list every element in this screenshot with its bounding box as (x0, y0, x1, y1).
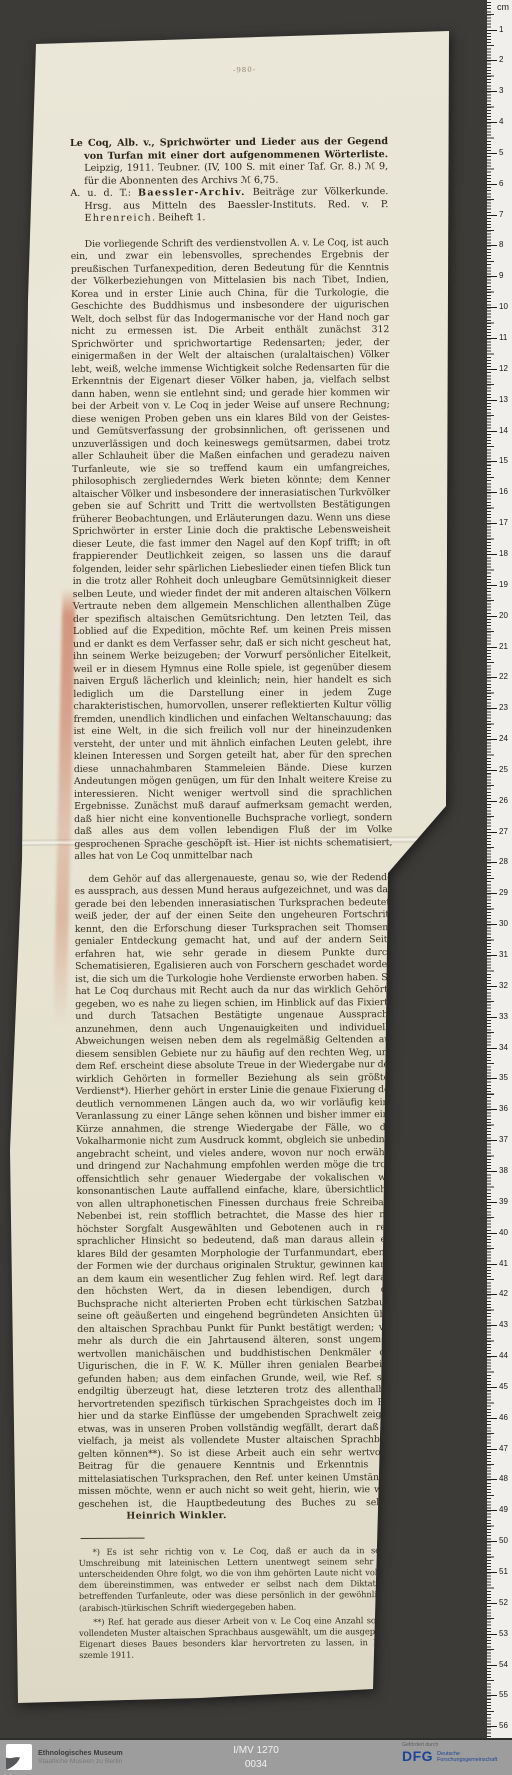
ruler-cm-tick (487, 862, 497, 863)
ruler-cm-number: 2 (499, 55, 512, 64)
review-paragraph-2: dem Gehör auf das allergenaueste, genau … (74, 872, 396, 1524)
ruler-cm-number: 18 (499, 549, 512, 558)
ruler-cm-number: 50 (499, 1536, 512, 1545)
ruler-cm-tick (487, 1233, 497, 1234)
document-page-wrap: -980- Le Coq, Alb. v., Sprichwörter und … (0, 0, 512, 1775)
museum-subtitle: Staatliche Museen zu Berlin (38, 1757, 123, 1766)
ruler-cm-tick (487, 801, 497, 802)
ruler-cm-number: 40 (499, 1228, 512, 1237)
ruler-cm-number: 14 (499, 426, 512, 435)
ruler-cm-number: 26 (499, 796, 512, 805)
ruler-unit-label: cm (497, 2, 509, 12)
ruler-cm-tick (487, 770, 497, 771)
ruler-cm: cm 1234567891011121314151617181920212223… (487, 0, 512, 1740)
ruler-cm-tick (487, 184, 497, 185)
ruler-cm-tick (487, 1325, 497, 1326)
sheet-number: 0034 (233, 1758, 279, 1772)
ruler-cm-number: 3 (499, 86, 512, 95)
ruler-cm-number: 8 (499, 240, 512, 249)
ruler-cm-number: 46 (499, 1413, 512, 1422)
ruler-cm-number: 11 (499, 333, 512, 342)
ruler-cm-number: 48 (499, 1474, 512, 1483)
ruler-cm-tick (487, 153, 497, 154)
scan-viewport: -980- Le Coq, Alb. v., Sprichwörter und … (0, 0, 512, 1775)
ruler-cm-number: 55 (499, 1690, 512, 1699)
museum-name: Ethnologisches Museum (38, 1748, 123, 1757)
ruler-cm-tick (487, 245, 497, 246)
ruler-cm-number: 16 (499, 487, 512, 496)
series-prefix: A. u. d. T.: (70, 188, 138, 199)
ruler-cm-tick (487, 30, 497, 31)
ruler-cm-tick (487, 215, 497, 216)
ruler-cm-tick (487, 492, 497, 493)
review-paragraph-2-text: dem Gehör auf das allergenaueste, genau … (75, 872, 397, 1510)
ruler-cm-tick (487, 647, 497, 648)
ruler-cm-number: 10 (499, 302, 512, 311)
ruler-cm-number: 29 (499, 888, 512, 897)
dfg-full-name: Deutsche Forschungsgemeinschaft (437, 1749, 497, 1764)
ruler-cm-tick (487, 461, 497, 462)
ruler-cm-number: 24 (499, 734, 512, 743)
ruler-cm-number: 38 (499, 1166, 512, 1175)
dfg-funding-block: Gefördert durch DFG Deutsche Forschungsg… (402, 1742, 502, 1764)
citation-imprint: Leipzig, 1911. Teubner. (IV, 100 S. mit … (84, 161, 388, 186)
museum-wave-icon (6, 1744, 32, 1770)
dfg-logo: DFG Deutsche Forschungsgemeinschaft (402, 1749, 502, 1764)
ruler-cm-tick (487, 1634, 497, 1635)
ruler-cm-tick (487, 1479, 497, 1480)
ruler-cm-tick (487, 1695, 497, 1696)
ruler-cm-number: 13 (499, 395, 512, 404)
ruler-cm-tick (487, 276, 497, 277)
ruler-cm-tick (487, 1572, 497, 1573)
document-page: -980- Le Coq, Alb. v., Sprichwörter und … (0, 0, 512, 1775)
ruler-cm-number: 30 (499, 919, 512, 928)
footer-bar: Ethnologisches Museum Staatliche Museen … (0, 1738, 512, 1775)
ruler-cm-number: 7 (499, 210, 512, 219)
ruler-cm-tick (487, 585, 497, 586)
ruler-cm-tick (487, 554, 497, 555)
ruler-cm-number: 49 (499, 1505, 512, 1514)
ruler-cm-number: 42 (499, 1289, 512, 1298)
ruler-cm-number: 21 (499, 642, 512, 651)
ruler-cm-number: 22 (499, 672, 512, 681)
ruler-cm-tick (487, 1109, 497, 1110)
museum-labels: Ethnologisches Museum Staatliche Museen … (38, 1748, 123, 1766)
ruler-cm-tick (487, 1387, 497, 1388)
ruler-cm-tick (487, 1078, 497, 1079)
ruler-cm-tick (487, 1418, 497, 1419)
ruler-cm-number: 51 (499, 1567, 512, 1576)
ruler-cm-number: 28 (499, 857, 512, 866)
citation-title: Le Coq, Alb. v., Sprichwörter und Lieder… (70, 136, 388, 161)
ruler-cm-number: 45 (499, 1382, 512, 1391)
ruler-cm-tick (487, 1171, 497, 1172)
ruler-cm-number: 56 (499, 1721, 512, 1730)
ruler-cm-number: 32 (499, 981, 512, 990)
ruler-cm-tick (487, 955, 497, 956)
ruler-cm-tick (487, 1264, 497, 1265)
ruler-cm-tick (487, 1603, 497, 1604)
ruler-cm-number: 52 (499, 1598, 512, 1607)
ruler-cm-tick (487, 338, 497, 339)
ruler-cm-number: 41 (499, 1259, 512, 1268)
ruler-cm-tick (487, 832, 497, 833)
citation-entry-primary: Le Coq, Alb. v., Sprichwörter und Lieder… (70, 136, 388, 188)
ruler-cm-tick (487, 1202, 497, 1203)
ruler-cm-number: 17 (499, 518, 512, 527)
ruler-cm-tick (487, 986, 497, 987)
ruler-cm-tick (487, 400, 497, 401)
footnote-2: **) Ref. hat gerade aus dieser Arbeit vo… (79, 1615, 397, 1662)
ruler-cm-number: 31 (499, 950, 512, 959)
ruler-cm-number: 4 (499, 117, 512, 126)
ruler-cm-number: 36 (499, 1104, 512, 1113)
ruler-cm-number: 39 (499, 1197, 512, 1206)
review-text-column: Le Coq, Alb. v., Sprichwörter und Lieder… (70, 136, 397, 1661)
museum-wave-glyph (6, 1744, 32, 1770)
ruler-cm-tick (487, 924, 497, 925)
series-tail: . Beiheft 1. (152, 212, 205, 223)
handwritten-page-number: -980- (233, 66, 256, 75)
ruler-cm-tick (487, 523, 497, 524)
ruler-cm-number: 27 (499, 827, 512, 836)
ruler-cm-number: 43 (499, 1320, 512, 1329)
ruler-cm-tick (487, 431, 497, 432)
ruler-cm-tick (487, 1048, 497, 1049)
ruler-cm-tick (487, 893, 497, 894)
dfg-acronym: DFG (402, 1749, 433, 1764)
ruler-cm-tick (487, 1541, 497, 1542)
ruler-cm-tick (487, 1356, 497, 1357)
series-name: Baessler-Archiv. (138, 187, 246, 199)
ruler-cm-tick (487, 708, 497, 709)
ruler-cm-tick (487, 1017, 497, 1018)
ruler-cm-number: 53 (499, 1629, 512, 1638)
ruler-cm-number: 47 (499, 1444, 512, 1453)
ruler-cm-tick (487, 307, 497, 308)
ruler-cm-tick (487, 369, 497, 370)
ruler-cm-number: 34 (499, 1043, 512, 1052)
ruler-cm-tick (487, 1140, 497, 1141)
ruler-cm-tick (487, 1726, 497, 1727)
review-paragraph-1: Die vorliegende Schrift des verdienstvol… (71, 237, 393, 864)
ruler-cm-number: 9 (499, 271, 512, 280)
ruler-cm-tick (487, 616, 497, 617)
ruler-cm-tick (487, 91, 497, 92)
ruler-cm-number: 1 (499, 25, 512, 34)
ruler-cm-tick (487, 60, 497, 61)
ruler-cm-number: 44 (499, 1351, 512, 1360)
ruler-cm-tick (487, 1449, 497, 1450)
ruler-cm-tick (487, 122, 497, 123)
ruler-cm-tick (487, 1665, 497, 1666)
ruler-cm-number: 15 (499, 456, 512, 465)
ruler-cm-tick (487, 1294, 497, 1295)
ruler-cm-number: 5 (499, 148, 512, 157)
citation-entry-series: A. u. d. T.: Baessler-Archiv. Beiträge z… (70, 186, 388, 225)
reviewer-signature: Heinrich Winkler. (112, 1510, 226, 1523)
ruler-cm-number: 37 (499, 1135, 512, 1144)
ruler-cm-number: 20 (499, 611, 512, 620)
ruler-cm-number: 23 (499, 703, 512, 712)
ruler-cm-number: 6 (499, 179, 512, 188)
ruler-cm-tick (487, 1510, 497, 1511)
ruler-cm-number: 33 (499, 1012, 512, 1021)
footnote-1: *) Es ist sehr richtig von v. Le Coq, da… (79, 1545, 397, 1614)
inventory-id-block: I/MV 1270 0034 (233, 1744, 279, 1772)
inventory-number: I/MV 1270 (233, 1744, 279, 1758)
ruler-cm-number: 19 (499, 580, 512, 589)
ruler-cm-number: 25 (499, 765, 512, 774)
series-editor: Ehrenreich (84, 213, 152, 224)
museum-identity: Ethnologisches Museum Staatliche Museen … (6, 1744, 123, 1770)
ruler-cm-number: 12 (499, 364, 512, 373)
ruler-cm-tick (487, 739, 497, 740)
ruler-cm-number: 54 (499, 1660, 512, 1669)
ruler-cm-tick (487, 677, 497, 678)
ruler-cm-number: 35 (499, 1073, 512, 1082)
footnote-separator (81, 1537, 145, 1538)
